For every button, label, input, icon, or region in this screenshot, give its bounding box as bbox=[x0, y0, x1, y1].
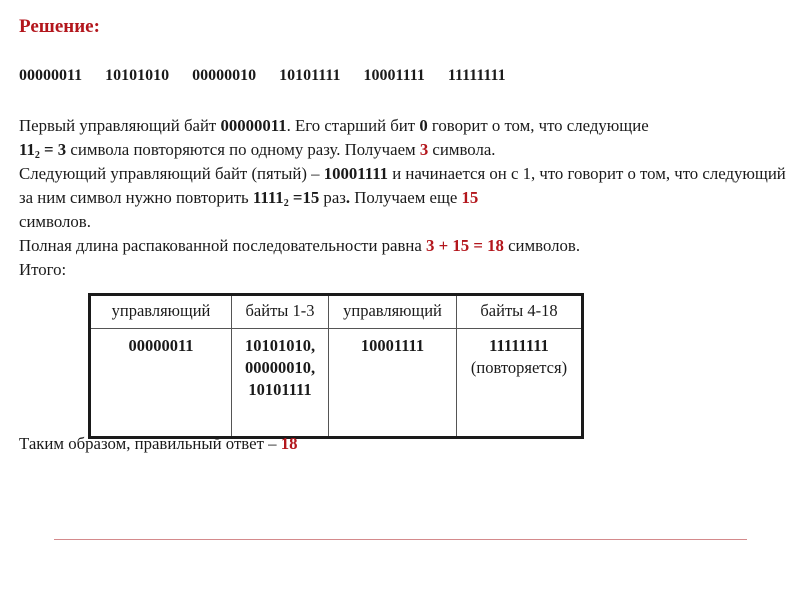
table-row: 00000011 10101010,00000010,10101111 1000… bbox=[90, 329, 583, 438]
bold-value: 10001111 bbox=[324, 164, 388, 183]
table-header-row: управляющий байты 1-3 управляющий байты … bbox=[90, 295, 583, 329]
cell-value: 00000011 bbox=[128, 336, 193, 355]
decoding-table: управляющий байты 1-3 управляющий байты … bbox=[88, 293, 584, 439]
byte: 00000010 bbox=[192, 67, 256, 84]
text: Получаем еще bbox=[350, 188, 461, 207]
explanation: Первый управляющий байт 00000011. Его ст… bbox=[19, 114, 789, 282]
paragraph-total-length: Полная длина распакованной последователь… bbox=[19, 234, 789, 258]
paragraph-first-control-byte: Первый управляющий байт 00000011. Его ст… bbox=[19, 114, 789, 162]
byte: 00000011 bbox=[19, 67, 82, 84]
text: Первый управляющий байт bbox=[19, 116, 220, 135]
text: . Его старший бит bbox=[287, 116, 420, 135]
answer-text: Таким образом, правильный ответ – bbox=[19, 434, 281, 453]
text: Полная длина распакованной последователь… bbox=[19, 236, 426, 255]
highlight-value: 15 bbox=[462, 188, 479, 207]
byte: 10101111 bbox=[279, 67, 340, 84]
text: символов. bbox=[19, 212, 91, 231]
byte: 10101010 bbox=[105, 67, 169, 84]
table-cell: 11111111(повторяется) bbox=[457, 329, 583, 438]
answer-value: 18 bbox=[281, 434, 298, 453]
text: раз bbox=[319, 188, 346, 207]
paragraph-second-control-byte: Следующий управляющий байт (пятый) – 100… bbox=[19, 162, 789, 234]
column-header: байты 4-18 bbox=[457, 295, 583, 329]
text: символа повторяются по одному разу. Полу… bbox=[66, 140, 420, 159]
final-answer: Таким образом, правильный ответ – 18 bbox=[19, 434, 297, 454]
paragraph-summary-label: Итого: bbox=[19, 258, 789, 282]
byte: 11111111 bbox=[448, 67, 506, 84]
bold-value: 0 bbox=[419, 116, 427, 135]
byte-sequence: 0000001110101010000000101010111110001111… bbox=[19, 67, 506, 85]
text: символа. bbox=[428, 140, 495, 159]
column-header: управляющий bbox=[329, 295, 457, 329]
column-header: управляющий bbox=[90, 295, 232, 329]
page-title: Решение: bbox=[19, 16, 100, 38]
bold-value: = 3 bbox=[40, 140, 66, 159]
bold-value: 11 bbox=[19, 140, 35, 159]
column-header: байты 1-3 bbox=[232, 295, 329, 329]
text: Итого: bbox=[19, 260, 66, 279]
cell-value: 10001111 bbox=[361, 336, 424, 355]
table-cell: 10101010,00000010,10101111 bbox=[232, 329, 329, 438]
bold-value: =15 bbox=[289, 188, 320, 207]
highlight-value: 3 + 15 = 18 bbox=[426, 236, 504, 255]
text: символов. bbox=[504, 236, 580, 255]
bold-value: 1111 bbox=[253, 188, 284, 207]
text: говорит о том, что следующие bbox=[428, 116, 649, 135]
cell-value: 10101111 bbox=[248, 380, 311, 399]
cell-value: 00000010, bbox=[245, 358, 315, 377]
cell-value: 11111111 bbox=[489, 336, 549, 355]
bold-value: 00000011 bbox=[220, 116, 286, 135]
table-cell: 10001111 bbox=[329, 329, 457, 438]
cell-note: (повторяется) bbox=[471, 358, 567, 377]
footer-divider bbox=[54, 539, 747, 540]
text: Следующий управляющий байт (пятый) – bbox=[19, 164, 324, 183]
cell-value: 10101010, bbox=[245, 336, 315, 355]
table-cell: 00000011 bbox=[90, 329, 232, 438]
highlight-value: 3 bbox=[420, 140, 428, 159]
byte: 10001111 bbox=[363, 67, 424, 84]
